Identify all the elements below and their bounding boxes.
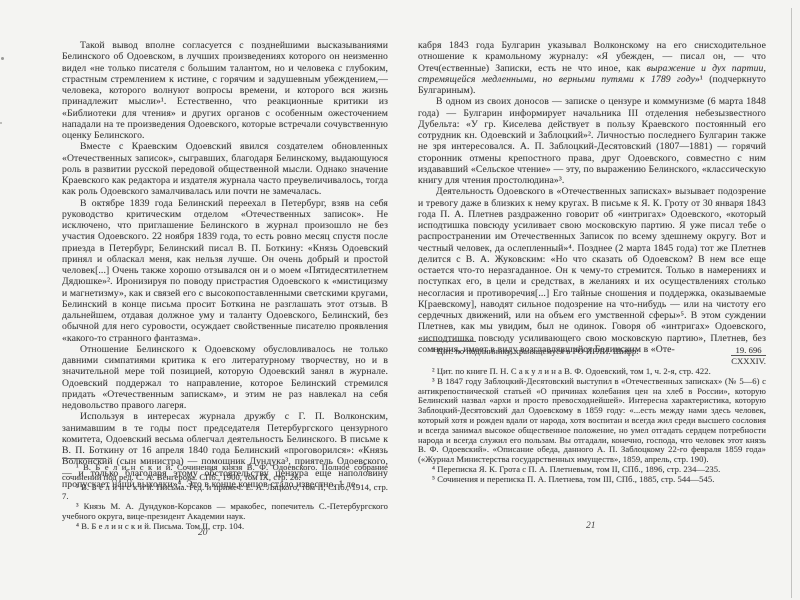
book-spread: Такой вывод вполне согласуется с поздней… (0, 0, 800, 600)
paragraph: кабря 1843 года Булгарин указывал Волкон… (418, 40, 766, 96)
shelfmark-denominator: CXXXIV. (731, 356, 766, 366)
page-number-right: 21 (586, 521, 596, 531)
footnote: ¹ Цит. по подлиннику, хранящемуся в РО И… (418, 347, 766, 367)
paragraph: Отношение Белинского к Одоевскому обусло… (62, 344, 388, 412)
footnote: ³ Князь М. А. Дундуков-Корсаков — мракоб… (62, 502, 388, 522)
paragraph: Деятельность Одоевского в «Отечественных… (418, 186, 766, 355)
footnote: ³ В 1847 году Заблоцкий-Десятовский выст… (418, 377, 766, 465)
right-page-body-text: кабря 1843 года Булгарин указывал Волкон… (418, 40, 766, 355)
footnote-separator (418, 341, 476, 342)
shelfmark-fraction: 19. 696 CXXXIV. (731, 345, 766, 366)
left-page: Такой вывод вполне согласуется с поздней… (62, 0, 388, 600)
footnote: ⁵ Сочинения и переписка П. А. Плетнева, … (418, 475, 766, 485)
footnote: ⁴ В. Б е л и н с к и й. Письма. Том II, … (62, 522, 388, 532)
scan-speck (0, 122, 2, 124)
shelfmark-numerator: 19. 696 (731, 345, 766, 356)
footnote-separator (62, 458, 106, 459)
footnote: ¹ В. Б е л и н с к и й. Сочинения князя … (62, 463, 388, 483)
left-page-body-text: Такой вывод вполне согласуется с поздней… (62, 40, 388, 490)
left-page-footnotes: ¹ В. Б е л и н с к и й. Сочинения князя … (62, 463, 388, 532)
scan-speck (1, 57, 4, 60)
footnote-text: ¹ Цит. по подлиннику, хранящемуся в РО И… (432, 346, 639, 356)
paragraph: Вместе с Краевским Одоевский явился созд… (62, 141, 388, 197)
right-page: кабря 1843 года Булгарин указывал Волкон… (418, 0, 766, 600)
paragraph: В октябре 1839 года Белинский переехал в… (62, 198, 388, 344)
page-number-left: 20 (198, 528, 208, 538)
scan-page-edge-line (791, 8, 792, 598)
paragraph: Такой вывод вполне согласуется с поздней… (62, 40, 388, 141)
right-page-footnotes: ¹ Цит. по подлиннику, хранящемуся в РО И… (418, 347, 766, 485)
paragraph: В одном из своих доносов — записке о цен… (418, 96, 766, 186)
footnote: ² В. Б е л и н с к и й. Письма. Ред. и п… (62, 483, 388, 503)
